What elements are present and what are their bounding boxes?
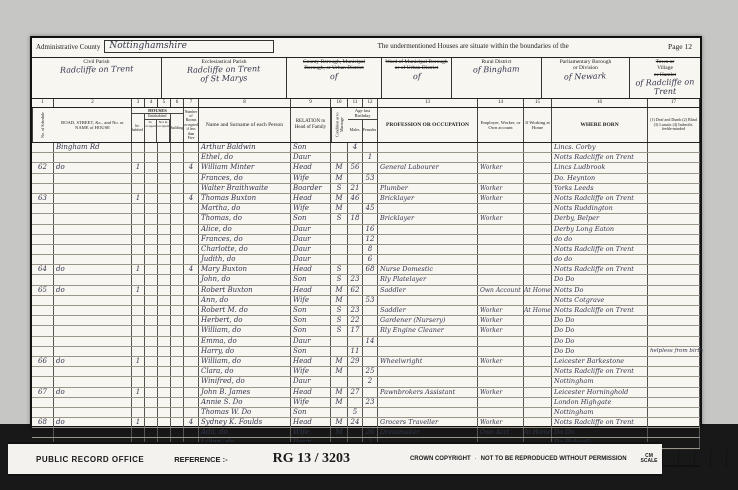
cell-am xyxy=(348,367,363,376)
cell-st: do xyxy=(54,388,132,397)
district-label-segment: Borough, or Urban District xyxy=(304,65,364,71)
cell-rel: Daur xyxy=(291,153,331,162)
cell-st: do xyxy=(54,286,132,295)
table-row: Thomas W. DoSon5Nottingham xyxy=(32,408,700,418)
cell-rm xyxy=(184,367,199,376)
cell-inh xyxy=(132,398,145,407)
cell-st xyxy=(54,408,132,417)
cell-rm: 4 xyxy=(184,265,199,274)
cell-u1 xyxy=(145,337,158,346)
cell-occ xyxy=(378,377,478,386)
cell-st xyxy=(54,174,132,183)
cell-cond xyxy=(331,153,348,162)
table-row: Harry, doSon11Do Dohelpless from birth xyxy=(32,347,700,357)
cell-u2 xyxy=(158,194,171,203)
district-label-segment: Parliamentary Borough xyxy=(560,59,611,65)
cell-name: Charlotte, do xyxy=(199,245,291,254)
cell-u1 xyxy=(145,408,158,417)
cell-home xyxy=(524,296,552,305)
cell-home xyxy=(524,367,552,376)
cell-s: 68 xyxy=(32,418,54,427)
cell-occ: Nurse Domestic xyxy=(378,265,478,274)
cell-st xyxy=(54,204,132,213)
cell-inf xyxy=(648,163,700,172)
cell-u2 xyxy=(158,296,171,305)
cell-occ xyxy=(378,255,478,264)
cell-u2 xyxy=(158,163,171,172)
cell-emp xyxy=(478,153,524,162)
cell-am: 27 xyxy=(348,388,363,397)
cell-st xyxy=(54,398,132,407)
cell-inh: 1 xyxy=(132,194,145,203)
cell-inh xyxy=(132,408,145,417)
cell-rm xyxy=(184,357,199,366)
cell-inf xyxy=(648,225,700,234)
cell-inf xyxy=(648,194,700,203)
header-females: Females xyxy=(363,120,378,142)
cell-st xyxy=(54,194,132,203)
cell-occ: Grocers Traveller xyxy=(378,418,478,427)
cell-home: At Home xyxy=(524,428,552,437)
cell-af xyxy=(363,275,378,284)
scale-cell: 1 xyxy=(662,450,678,468)
header-inhabited: In-habited xyxy=(132,114,145,142)
cell-rel: Son xyxy=(291,143,331,152)
cell-s xyxy=(32,255,54,264)
cell-home xyxy=(524,235,552,244)
cell-cond xyxy=(331,337,348,346)
cell-af xyxy=(363,316,378,325)
cell-af xyxy=(363,357,378,366)
cell-rel: Son xyxy=(291,326,331,335)
cell-rel: Wife xyxy=(291,174,331,183)
cell-b xyxy=(171,163,184,172)
cell-cond xyxy=(331,245,348,254)
cell-born: Do Do xyxy=(552,347,648,356)
cell-inh xyxy=(132,204,145,213)
cell-occ xyxy=(378,225,478,234)
column-number: 10 xyxy=(331,99,348,107)
cell-rel: Son xyxy=(291,316,331,325)
cell-rel: Daur xyxy=(291,337,331,346)
cell-cond xyxy=(331,408,348,417)
cell-am xyxy=(348,225,363,234)
cell-born: Lincs Ludbrook xyxy=(552,163,648,172)
cell-inf xyxy=(648,245,700,254)
cell-name: Robert M. do xyxy=(199,306,291,315)
cell-rm xyxy=(184,204,199,213)
cell-s xyxy=(32,225,54,234)
cell-name: Ethel, do xyxy=(199,153,291,162)
cell-born: Do Do xyxy=(552,316,648,325)
cell-rm xyxy=(184,255,199,264)
cell-b xyxy=(171,245,184,254)
cell-born: Notts Radcliffe on Trent xyxy=(552,194,648,203)
header-infirmity: (1) Deaf and Dumb (2) Blind (3) Lunatic … xyxy=(648,108,700,142)
cell-rel: Head xyxy=(291,194,331,203)
cell-inh xyxy=(132,377,145,386)
cell-name: Annie S. Do xyxy=(199,398,291,407)
district-boxes: Civil ParishRadcliffe on TrentEcclesiast… xyxy=(32,58,700,99)
cell-b xyxy=(171,225,184,234)
header-road: ROAD, STREET, &c., and No. or NAME of HO… xyxy=(54,108,132,142)
cell-rm xyxy=(184,275,199,284)
cell-af: 16 xyxy=(363,225,378,234)
cell-name: Thomas Buxton xyxy=(199,194,291,203)
cell-home xyxy=(524,316,552,325)
cell-born: Do. Heynton xyxy=(552,174,648,183)
header-uninhabited-group: Uninhabited In occupation Not in occupat… xyxy=(145,114,171,142)
cell-u1 xyxy=(145,194,158,203)
cell-cond xyxy=(331,347,348,356)
cell-s xyxy=(32,296,54,305)
cell-b xyxy=(171,275,184,284)
cell-st xyxy=(54,275,132,284)
district-value: Radcliffe on Trent of St Marys xyxy=(187,66,261,85)
cell-am: 23 xyxy=(348,275,363,284)
cell-u1 xyxy=(145,347,158,356)
table-row: Clara, doWifeM25Notts Radcliffe on Trent xyxy=(32,367,700,377)
cell-af: 23 xyxy=(363,398,378,407)
cell-inf xyxy=(648,326,700,335)
cell-u2 xyxy=(158,408,171,417)
cell-inf xyxy=(648,255,700,264)
cell-emp xyxy=(478,245,524,254)
cell-s xyxy=(32,377,54,386)
cell-emp: Worker xyxy=(478,357,524,366)
archive-reference-bar: PUBLIC RECORD OFFICE REFERENCE :- RG 13 … xyxy=(8,442,662,476)
cell-b xyxy=(171,235,184,244)
cell-cond: M xyxy=(331,296,348,305)
district-label-segment: or of Urban District xyxy=(395,65,439,71)
cell-af xyxy=(363,418,378,427)
cell-st xyxy=(54,255,132,264)
cell-u2 xyxy=(158,245,171,254)
cell-name: William, do xyxy=(199,357,291,366)
cell-home xyxy=(524,214,552,223)
district-label: Parliamentary Boroughor Division xyxy=(560,59,611,72)
cell-am xyxy=(348,255,363,264)
cell-rm xyxy=(184,184,199,193)
cell-inf xyxy=(648,418,700,427)
cell-inf xyxy=(648,204,700,213)
cell-u2 xyxy=(158,337,171,346)
header-employer: Employer, Worker, or Own account xyxy=(478,108,524,142)
cell-af: 14 xyxy=(363,337,378,346)
cell-inh: 1 xyxy=(132,286,145,295)
cell-name: Herbert, do xyxy=(199,316,291,325)
cell-name: Ann, do xyxy=(199,296,291,305)
cell-b xyxy=(171,184,184,193)
table-row: Ethel, doDaur1Notts Radcliffe on Trent xyxy=(32,153,700,163)
cell-occ xyxy=(378,235,478,244)
cell-u1 xyxy=(145,357,158,366)
table-row: John, doSonS23Rly PlatelayerDo Do xyxy=(32,275,700,285)
cell-born: do do xyxy=(552,255,648,264)
cell-rel: Head xyxy=(291,163,331,172)
administrative-county-label: Administrative County xyxy=(36,43,100,51)
district-box: Civil ParishRadcliffe on Trent xyxy=(32,58,162,98)
cell-born: Leicester Barkestone xyxy=(552,357,648,366)
cell-cond: M xyxy=(331,398,348,407)
cell-s: 66 xyxy=(32,357,54,366)
cell-cond: S xyxy=(331,326,348,335)
cell-inh xyxy=(132,225,145,234)
cell-am: 56 xyxy=(348,163,363,172)
cell-st xyxy=(54,214,132,223)
cell-home xyxy=(524,153,552,162)
cell-occ xyxy=(378,408,478,417)
cell-u1 xyxy=(145,428,158,437)
column-number: 14 xyxy=(478,99,524,107)
table-row: Ada, doWifeM26DressmakerOwn AcctAt HomeD… xyxy=(32,428,700,438)
cell-s xyxy=(32,235,54,244)
cell-u2 xyxy=(158,204,171,213)
district-box: Town or Village or Hamletof Radcliffe on… xyxy=(630,58,700,98)
cell-st xyxy=(54,367,132,376)
cell-s xyxy=(32,275,54,284)
cell-u1 xyxy=(145,398,158,407)
column-number: 15 xyxy=(524,99,552,107)
cell-s: 62 xyxy=(32,163,54,172)
cell-st xyxy=(54,316,132,325)
cell-b xyxy=(171,174,184,183)
district-label-segment: Village xyxy=(657,65,673,71)
cell-rel: Wife xyxy=(291,398,331,407)
cell-occ: Wheelwright xyxy=(378,357,478,366)
cell-u1 xyxy=(145,316,158,325)
cell-emp: Worker xyxy=(478,306,524,315)
cell-af xyxy=(363,194,378,203)
table-row: Herbert, doSonS22Gardener (Nursery)Worke… xyxy=(32,316,700,326)
cell-inh xyxy=(132,245,145,254)
table-row: 67do1John B. JamesHeadM27Pawnbrokers Ass… xyxy=(32,388,700,398)
cell-b xyxy=(171,377,184,386)
cell-occ xyxy=(378,398,478,407)
cell-inh xyxy=(132,306,145,315)
crown-copyright-label: CROWN COPYRIGHT xyxy=(410,456,471,462)
cell-born: Do Do xyxy=(552,326,648,335)
cell-u2 xyxy=(158,377,171,386)
cell-am: 18 xyxy=(348,214,363,223)
table-row: Alice, doDaur16Derby Long Eaton xyxy=(32,225,700,235)
cell-cond: M xyxy=(331,388,348,397)
cell-st xyxy=(54,184,132,193)
cell-inf xyxy=(648,265,700,274)
cell-b xyxy=(171,296,184,305)
header-in-occupation: In occupation xyxy=(145,120,158,142)
cell-af: 8 xyxy=(363,245,378,254)
cell-rel: Daur xyxy=(291,255,331,264)
cell-st xyxy=(54,296,132,305)
cell-am: 11 xyxy=(348,347,363,356)
cell-rm xyxy=(184,174,199,183)
cell-af xyxy=(363,214,378,223)
cell-home: At Home xyxy=(524,306,552,315)
cell-inh xyxy=(132,347,145,356)
header-age-group: Age last Birthday Males Females xyxy=(348,108,378,142)
cell-name: William, do xyxy=(199,326,291,335)
cell-u2 xyxy=(158,265,171,274)
cell-home xyxy=(524,174,552,183)
cell-af xyxy=(363,408,378,417)
cell-home xyxy=(524,275,552,284)
cell-u1 xyxy=(145,296,158,305)
cell-am xyxy=(348,204,363,213)
cell-rel: Wife xyxy=(291,296,331,305)
cell-cond: S xyxy=(331,316,348,325)
cell-st xyxy=(54,347,132,356)
district-box: Ecclesiastical ParishRadcliffe on Trent … xyxy=(162,58,287,98)
not-reproduced-label: NOT TO BE REPRODUCED WITHOUT PERMISSION xyxy=(481,456,627,462)
cell-cond: S xyxy=(331,184,348,193)
cell-cond: M xyxy=(331,286,348,295)
district-label-segment: County Borough, Municipal xyxy=(303,59,365,65)
table-row: Winifred, doDaur2Nottingham xyxy=(32,377,700,387)
cell-born: Leicester Horninghold xyxy=(552,388,648,397)
cell-b xyxy=(171,255,184,264)
cell-u2 xyxy=(158,225,171,234)
cell-name: Thomas, do xyxy=(199,214,291,223)
cell-b xyxy=(171,316,184,325)
cell-emp xyxy=(478,265,524,274)
cell-u2 xyxy=(158,143,171,152)
cell-born: Lincs. Corby xyxy=(552,143,648,152)
cell-s xyxy=(32,214,54,223)
cell-cond: M xyxy=(331,428,348,437)
cell-s xyxy=(32,326,54,335)
cell-rel: Wife xyxy=(291,204,331,213)
cell-inf xyxy=(648,367,700,376)
cell-rel: Head xyxy=(291,357,331,366)
cell-born: Notts Radcliffe on Trent xyxy=(552,153,648,162)
cell-cond: M xyxy=(331,204,348,213)
cell-home xyxy=(524,377,552,386)
cell-inf xyxy=(648,377,700,386)
cell-am: 21 xyxy=(348,184,363,193)
cell-b xyxy=(171,398,184,407)
cell-occ xyxy=(378,143,478,152)
cell-emp xyxy=(478,337,524,346)
cell-inh xyxy=(132,143,145,152)
cell-u1 xyxy=(145,275,158,284)
cell-occ xyxy=(378,174,478,183)
cell-emp xyxy=(478,225,524,234)
table-row: Robert M. doSonS23SaddlerWorkerAt HomeNo… xyxy=(32,306,700,316)
cell-rel: Wife xyxy=(291,428,331,437)
cell-af: 1 xyxy=(363,153,378,162)
cell-name: Alice, do xyxy=(199,225,291,234)
cell-af xyxy=(363,163,378,172)
cell-u2 xyxy=(158,306,171,315)
cell-rm xyxy=(184,306,199,315)
cell-s xyxy=(32,367,54,376)
cell-emp: Worker xyxy=(478,163,524,172)
cell-rel: Daur xyxy=(291,377,331,386)
cell-inf xyxy=(648,316,700,325)
cell-born: Derby, Belper xyxy=(552,214,648,223)
cell-s xyxy=(32,184,54,193)
district-value: of Radcliffe on Trent xyxy=(632,78,698,97)
cell-s xyxy=(32,337,54,346)
cell-born: do do xyxy=(552,235,648,244)
table-row: William, doSonS17Rly Engine CleanerWorke… xyxy=(32,326,700,336)
scale-cell: 3 xyxy=(694,450,710,468)
cell-am: 24 xyxy=(348,418,363,427)
cell-occ xyxy=(378,204,478,213)
cell-am: 23 xyxy=(348,306,363,315)
cell-inf xyxy=(648,214,700,223)
cell-rel: Daur xyxy=(291,245,331,254)
cell-u2 xyxy=(158,184,171,193)
cell-name: Arthur Baldwin xyxy=(199,143,291,152)
cell-occ: Gardener (Nursery) xyxy=(378,316,478,325)
cell-name: Emma, do xyxy=(199,337,291,346)
cell-b xyxy=(171,428,184,437)
cell-inf xyxy=(648,388,700,397)
cell-b xyxy=(171,286,184,295)
column-number: 12 xyxy=(363,99,378,107)
column-number: 3 xyxy=(132,99,145,107)
cell-st: do xyxy=(54,265,132,274)
cell-inf xyxy=(648,143,700,152)
column-number: 8 xyxy=(199,99,291,107)
cell-u2 xyxy=(158,428,171,437)
header-profession: PROFESSION OR OCCUPATION xyxy=(378,108,478,142)
cell-af: 6 xyxy=(363,255,378,264)
cell-inh xyxy=(132,153,145,162)
cell-af: 53 xyxy=(363,174,378,183)
column-number: 9 xyxy=(291,99,331,107)
cell-b xyxy=(171,337,184,346)
header-relation: RELATION to Head of Family xyxy=(291,108,331,142)
column-number: 2 xyxy=(54,99,132,107)
district-value: of Newark xyxy=(564,72,607,82)
cell-inh: 1 xyxy=(132,357,145,366)
column-number: 11 xyxy=(348,99,363,107)
cell-am xyxy=(348,337,363,346)
cell-u1 xyxy=(145,214,158,223)
cell-occ xyxy=(378,245,478,254)
cell-b xyxy=(171,408,184,417)
cell-emp: Worker xyxy=(478,214,524,223)
cell-u1 xyxy=(145,245,158,254)
cell-name: Thomas W. Do xyxy=(199,408,291,417)
cell-cond: S xyxy=(331,306,348,315)
cell-cond: M xyxy=(331,163,348,172)
cell-u1 xyxy=(145,143,158,152)
cell-emp xyxy=(478,143,524,152)
cell-rel: Boarder xyxy=(291,184,331,193)
cell-rm xyxy=(184,143,199,152)
district-label-segment: or Hamlet xyxy=(654,72,676,78)
cell-s xyxy=(32,428,54,437)
column-number: 5 xyxy=(158,99,171,107)
cell-u1 xyxy=(145,153,158,162)
district-label-segment: Town or xyxy=(656,59,674,65)
cell-rel: Head xyxy=(291,265,331,274)
table-row: 66do1William, doHeadM29WheelwrightWorker… xyxy=(32,357,700,367)
cell-inh xyxy=(132,214,145,223)
header-condition: Condition as to Marriage xyxy=(331,108,348,142)
cell-st xyxy=(54,235,132,244)
cell-cond xyxy=(331,235,348,244)
cell-born: Yorks Leeds xyxy=(552,184,648,193)
column-number: 16 xyxy=(552,99,648,107)
cell-b xyxy=(171,153,184,162)
district-value: Radcliffe on Trent xyxy=(60,66,134,76)
cell-born: Notts Radcliffe on Trent xyxy=(552,245,648,254)
